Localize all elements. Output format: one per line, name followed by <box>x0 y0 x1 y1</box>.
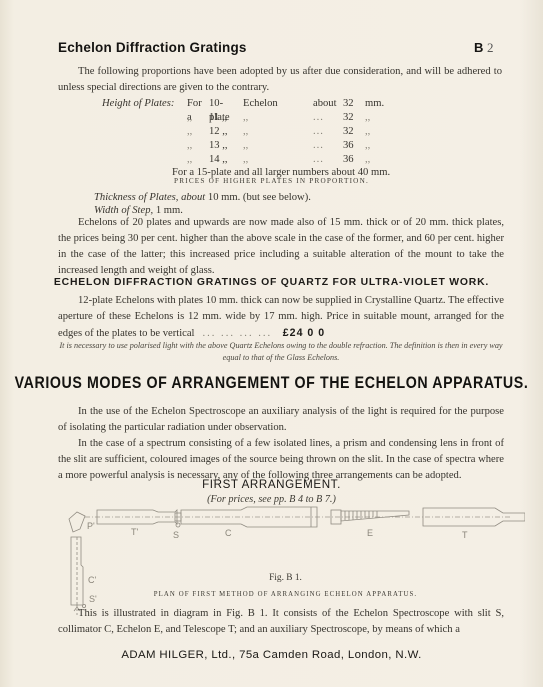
cell: 32 <box>343 111 365 125</box>
first-arrangement-subheading: (For prices, see pp. B 4 to B 7.) <box>0 494 543 505</box>
cell: about <box>313 97 343 111</box>
quartz-price: £24 0 0 <box>283 327 325 339</box>
cell: ... <box>313 111 343 125</box>
figure-caption: PLAN OF FIRST METHOD OF ARRANGING ECHELO… <box>0 591 543 598</box>
cell: ... <box>313 153 343 167</box>
page-prefix: B <box>474 40 483 55</box>
cell: ,, <box>243 139 313 153</box>
publisher-footer: ADAM HILGER, Ltd., 75a Camden Road, Lond… <box>0 649 543 661</box>
heights-label: Height of Plates: <box>102 97 187 111</box>
thickness-label: Thickness of Plates, about <box>94 192 205 203</box>
label-s: S <box>173 530 179 540</box>
prism-icon <box>69 512 85 532</box>
cell: For a <box>187 97 209 111</box>
table-row: Height of Plates: For a 10-plate Echelon… <box>102 97 395 111</box>
cell: 14 ,, <box>209 153 243 167</box>
figure-label: Fig. B 1. <box>0 573 543 583</box>
cell: ,, <box>365 111 395 125</box>
prices-note: PRICES OF HIGHER PLATES IN PROPORTION. <box>0 177 543 185</box>
thickness-spec: Thickness of Plates, about 10 mm. (but s… <box>94 192 311 203</box>
cell: ,, <box>243 111 313 125</box>
cell: 10-plate <box>209 97 243 111</box>
cell: ,, <box>187 125 209 139</box>
various-paragraph-2: In the case of a spectrum consisting of … <box>58 436 504 484</box>
first-arrangement-heading: FIRST ARRANGEMENT. <box>0 478 543 491</box>
fig-b1-diagram: P' T' S C E T C' S' <box>55 505 525 615</box>
first-arrangement-paragraph: This is illustrated in diagram in Fig. B… <box>58 606 504 638</box>
cell: ,, <box>243 153 313 167</box>
cell: 13 ,, <box>209 139 243 153</box>
cell: ,, <box>365 125 395 139</box>
cell: 11 ,, <box>209 111 243 125</box>
cell: 32 <box>343 97 365 111</box>
table-row: ,, 14 ,, ,, ... 36 ,, <box>102 153 395 167</box>
label-p-prime: P' <box>87 521 95 531</box>
quartz-paragraph: 12-plate Echelons with plates 10 mm. thi… <box>58 293 504 342</box>
cell: 36 <box>343 153 365 167</box>
cell: 12 ,, <box>209 125 243 139</box>
label-c: C <box>225 528 232 538</box>
table-row: ,, 12 ,, ,, ... 32 ,, <box>102 125 395 139</box>
cell: 36 <box>343 139 365 153</box>
table-row: ,, 11 ,, ,, ... 32 ,, <box>102 111 395 125</box>
various-modes-heading: VARIOUS MODES OF ARRANGEMENT OF THE ECHE… <box>0 374 543 392</box>
page-number: B 2 <box>474 40 494 56</box>
cell: Echelon <box>243 97 313 111</box>
cell: ,, <box>187 153 209 167</box>
leader-dots: ... ... ... ... <box>202 328 272 339</box>
cell: ,, <box>243 125 313 139</box>
quartz-text: 12-plate Echelons with plates 10 mm. thi… <box>58 295 504 339</box>
quartz-note: It is necessary to use polarised light w… <box>58 340 504 364</box>
cell: 32 <box>343 125 365 139</box>
echelons-20-paragraph: Echelons of 20 plates and upwards are no… <box>58 215 504 279</box>
label-e: E <box>367 528 373 538</box>
label-t: T <box>462 530 468 540</box>
cell: mm. <box>365 97 395 111</box>
page-number-value: 2 <box>487 40 494 55</box>
cell: ,, <box>187 111 209 125</box>
prices-reference: (For prices, see pp. B 4 to B 7.) <box>207 494 336 505</box>
page-header-title: Echelon Diffraction Gratings <box>58 40 247 55</box>
quartz-section-heading: ECHELON DIFFRACTION GRATINGS OF QUARTZ F… <box>0 277 543 288</box>
cell: ,, <box>187 139 209 153</box>
label-t-prime: T' <box>131 527 138 537</box>
cell: ... <box>313 125 343 139</box>
various-paragraph-1: In the use of the Echelon Spectroscope a… <box>58 404 504 436</box>
thickness-value: 10 mm. (but see below). <box>208 192 311 203</box>
intro-paragraph: The following proportions have been adop… <box>58 64 502 96</box>
table-row: ,, 13 ,, ,, ... 36 ,, <box>102 139 395 153</box>
cell: ... <box>313 139 343 153</box>
cell: ,, <box>365 139 395 153</box>
cell: ,, <box>365 153 395 167</box>
plate-heights-table: Height of Plates: For a 10-plate Echelon… <box>102 97 395 167</box>
